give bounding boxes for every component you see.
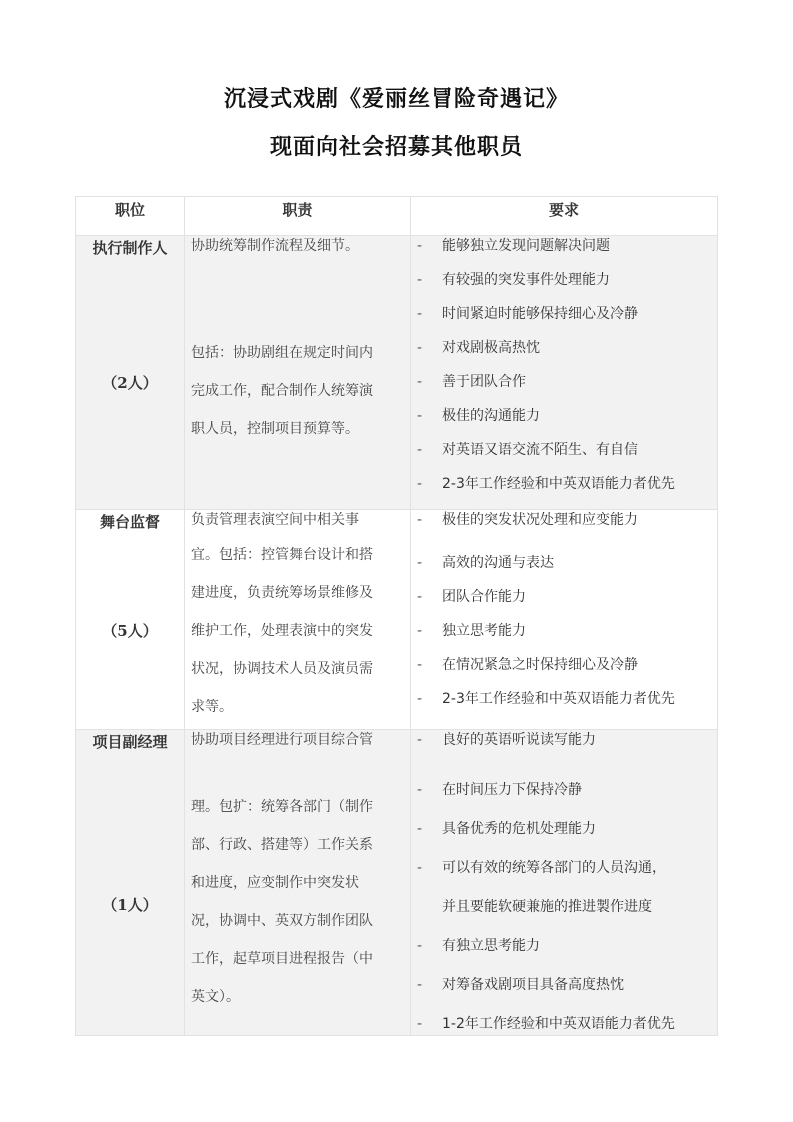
duties-cell: 协助统筹制作流程及细节。 包括：协助剧组在规定时间内 完成工作，配合制作人统筹演… (185, 236, 411, 510)
requirement-item: -极佳的沟通能力 (417, 406, 717, 426)
requirement-item: -对英语又语交流不陌生、有自信 (417, 440, 717, 460)
requirement-item: -1-2年工作经验和中英双语能力者优先 (417, 1014, 717, 1034)
requirement-item: -高效的沟通与表达 (417, 553, 717, 573)
duty-line: 英文）。 (191, 978, 404, 1016)
position-count: （1人） (76, 894, 184, 915)
duty-line: 求等。 (191, 688, 404, 726)
duties-cell: 协助项目经理进行项目综合管 理。包扩：统筹各部门（制作 部、行政、搭建等）工作关… (185, 730, 411, 1036)
position-count: （2人） (76, 372, 184, 393)
position-name: 项目副经理 (76, 730, 184, 752)
requirement-item: -2-3年工作经验和中英双语能力者优先 (417, 474, 717, 494)
requirement-item: -在时间压力下保持冷静 (417, 780, 717, 800)
duty-line: 部、行政、搭建等）工作关系 (191, 826, 404, 864)
requirement-item: -2-3年工作经验和中英双语能力者优先 (417, 689, 717, 709)
position-name: 执行制作人 (76, 236, 184, 258)
header-requirements: 要求 (411, 197, 718, 236)
requirement-item: -对戏剧极高热忱 (417, 338, 717, 358)
requirement-item: -在情况紧急之时保持细心及冷静 (417, 655, 717, 675)
requirements-cell: -能够独立发现问题解决问题 -有较强的突发事件处理能力 -时间紧迫时能够保持细心… (411, 236, 718, 510)
duty-line: 协助统筹制作流程及细节。 (191, 236, 404, 256)
requirement-item: -有较强的突发事件处理能力 (417, 270, 717, 290)
header-position: 职位 (76, 197, 185, 236)
page-subtitle: 现面向社会招募其他职员 (0, 130, 793, 161)
requirements-cell: -极佳的突发状况处理和应变能力 -高效的沟通与表达 -团队合作能力 -独立思考能… (411, 510, 718, 730)
requirements-cell: -良好的英语听说读写能力 -在时间压力下保持冷静 -具备优秀的危机处理能力 -可… (411, 730, 718, 1036)
duty-line: 职人员，控制项目预算等。 (191, 410, 404, 448)
requirement-item: -良好的英语听说读写能力 (417, 730, 717, 750)
header-duties: 职责 (185, 197, 411, 236)
duty-line: 完成工作，配合制作人统筹演 (191, 372, 404, 410)
position-name: 舞台监督 (76, 510, 184, 532)
position-count: （5人） (76, 620, 184, 641)
duty-line: 工作，起草项目进程报告（中 (191, 940, 404, 978)
requirement-item: -对筹备戏剧项目具备高度热忱 (417, 975, 717, 995)
duty-line: 维护工作，处理表演中的突发 (191, 612, 404, 650)
duties-cell: 负责管理表演空间中相关事 宜。包括：控管舞台设计和搭 建进度，负责统筹场景维修及… (185, 510, 411, 730)
position-cell: 舞台监督 （5人） (76, 510, 185, 730)
duty-line: 建进度，负责统筹场景维修及 (191, 574, 404, 612)
page-title: 沉浸式戏剧《爱丽丝冒险奇遇记》 (0, 82, 793, 113)
requirement-item-continued: 并且要能软硬兼施的推进製作进度 (417, 897, 717, 917)
duty-line: 和进度，应变制作中突发状 (191, 864, 404, 902)
table-row: 执行制作人 （2人） 协助统筹制作流程及细节。 包括：协助剧组在规定时间内 完成… (76, 236, 718, 510)
position-cell: 执行制作人 （2人） (76, 236, 185, 510)
table-header-row: 职位 职责 要求 (76, 197, 718, 236)
requirement-item: -有独立思考能力 (417, 936, 717, 956)
recruitment-table: 职位 职责 要求 执行制作人 （2人） 协助统筹制作流程及细节。 包括：协助剧组… (75, 196, 718, 1036)
position-cell: 项目副经理 （1人） (76, 730, 185, 1036)
duty-line: 况，协调中、英双方制作团队 (191, 902, 404, 940)
table-row: 项目副经理 （1人） 协助项目经理进行项目综合管 理。包扩：统筹各部门（制作 部… (76, 730, 718, 1036)
duty-line: 负责管理表演空间中相关事 (191, 510, 404, 530)
duty-line: 理。包扩：统筹各部门（制作 (191, 788, 404, 826)
duty-line: 包括：协助剧组在规定时间内 (191, 334, 404, 372)
requirement-item: -时间紧迫时能够保持细心及冷静 (417, 304, 717, 324)
requirement-item: -具备优秀的危机处理能力 (417, 819, 717, 839)
table-row: 舞台监督 （5人） 负责管理表演空间中相关事 宜。包括：控管舞台设计和搭 建进度… (76, 510, 718, 730)
requirement-item: -独立思考能力 (417, 621, 717, 641)
duty-line: 宜。包括：控管舞台设计和搭 (191, 536, 404, 574)
requirement-item: -极佳的突发状况处理和应变能力 (417, 510, 717, 530)
requirement-item: -善于团队合作 (417, 372, 717, 392)
requirement-item: -可以有效的统筹各部门的人员沟通， (417, 858, 717, 878)
duty-line: 协助项目经理进行项目综合管 (191, 730, 404, 750)
requirement-item: -团队合作能力 (417, 587, 717, 607)
duty-line: 状况，协调技术人员及演员需 (191, 650, 404, 688)
requirement-item: -能够独立发现问题解决问题 (417, 236, 717, 256)
